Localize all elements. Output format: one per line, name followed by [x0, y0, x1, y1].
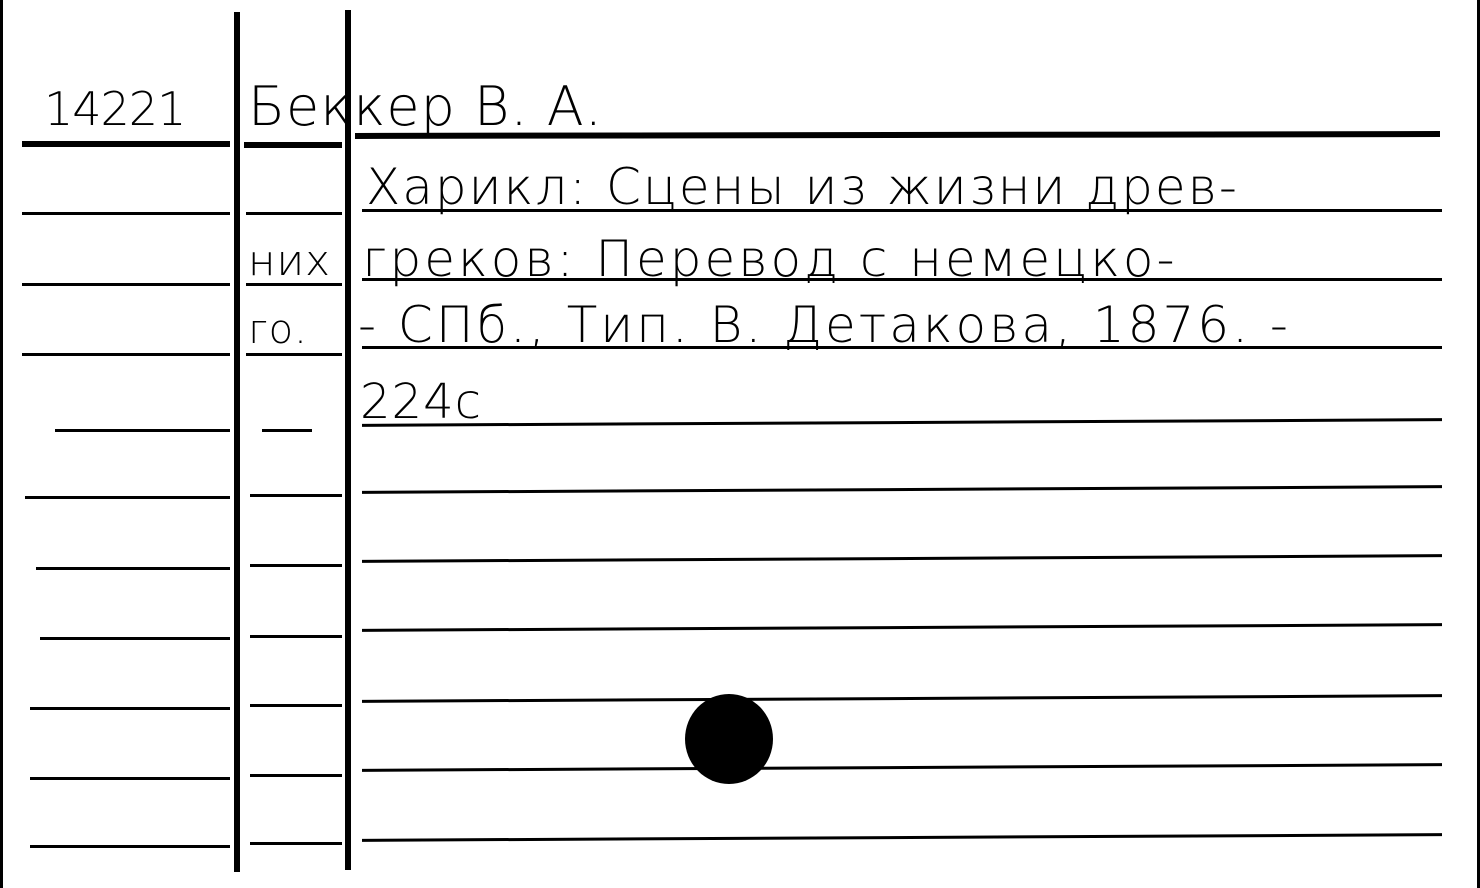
ruled-line	[362, 418, 1442, 427]
ruled-line	[362, 833, 1442, 842]
ruled-line	[22, 283, 230, 286]
ruled-line	[250, 842, 342, 845]
ruled-line	[362, 623, 1442, 632]
pagination: 224с	[360, 378, 482, 426]
ruled-line	[30, 845, 230, 848]
ruled-line	[40, 637, 230, 640]
ruled-line	[246, 353, 342, 356]
ruled-line	[36, 567, 230, 570]
author-heading: Беккер В. А.	[248, 80, 603, 134]
header-rule-mid	[244, 142, 342, 148]
header-rule-left	[22, 141, 230, 147]
ruled-line	[246, 212, 342, 215]
catalog-card: 14221 Беккер В. А. Харикл: Сцены из жизн…	[0, 0, 1480, 888]
title-line-2: греков: Перевод с немецко-	[362, 234, 1178, 284]
ruled-line	[250, 564, 342, 567]
ruled-line	[362, 763, 1442, 772]
ruled-line	[22, 212, 230, 215]
continuation-line-2: го.	[248, 310, 308, 350]
column-rule-2	[345, 10, 351, 870]
ruled-line	[362, 554, 1442, 563]
ruled-line	[55, 429, 230, 432]
title-line-1: Харикл: Сцены из жизни древ-	[366, 162, 1239, 212]
punch-hole	[685, 694, 773, 784]
ruled-line	[250, 704, 342, 707]
ruled-line	[250, 774, 342, 777]
imprint-line: - СПб., Тип. В. Детакова, 1876. -	[358, 300, 1291, 350]
ruled-line	[262, 429, 312, 432]
ruled-line	[362, 694, 1442, 703]
ruled-line	[250, 635, 342, 638]
card-left-edge	[0, 0, 3, 888]
ruled-line	[22, 353, 230, 356]
continuation-line-1: них	[248, 240, 331, 282]
column-rule-1	[234, 12, 240, 872]
call-number: 14221	[44, 86, 185, 132]
ruled-line	[30, 707, 230, 710]
ruled-line	[25, 496, 230, 499]
ruled-line	[362, 485, 1442, 494]
ruled-line	[30, 777, 230, 780]
ruled-line	[250, 494, 342, 497]
